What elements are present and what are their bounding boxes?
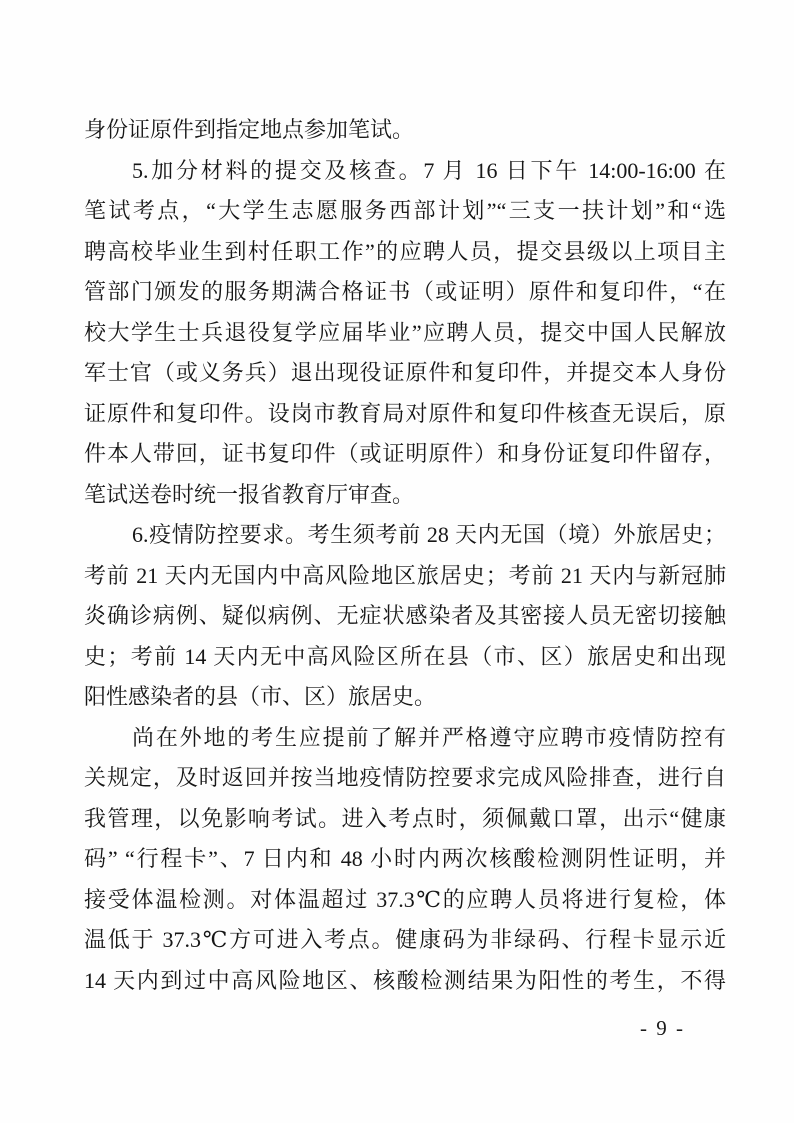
document-body: 身份证原件到指定地点参加笔试。5.加分材料的提交及核查。7 月 16 日下午 1…: [84, 110, 726, 1001]
text-line: 码” “行程卡”、7 日内和 48 小时内两次核酸检测阴性证明，并: [84, 839, 726, 880]
text-line: 史；考前 14 天内无中高风险区所在县（市、区）旅居史和出现: [84, 637, 726, 678]
text-line: 我管理，以免影响考试。进入考点时，须佩戴口罩，出示“健康: [84, 799, 726, 840]
text-line: 身份证原件到指定地点参加笔试。: [84, 110, 726, 151]
text-line: 校大学生士兵退役复学应届毕业”应聘人员，提交中国人民解放: [84, 313, 726, 354]
text-line: 考前 21 天内无国内中高风险地区旅居史；考前 21 天内与新冠肺: [84, 556, 726, 597]
text-line: 证原件和复印件。设岗市教育局对原件和复印件核查无误后，原: [84, 394, 726, 435]
text-line: 温低于 37.3℃方可进入考点。健康码为非绿码、行程卡显示近: [84, 920, 726, 961]
text-line: 阳性感染者的县（市、区）旅居史。: [84, 677, 726, 718]
text-line: 关规定，及时返回并按当地疫情防控要求完成风险排查，进行自: [84, 758, 726, 799]
text-line: 军士官（或义务兵）退出现役证原件和复印件，并提交本人身份: [84, 353, 726, 394]
text-line: 件本人带回，证书复印件（或证明原件）和身份证复印件留存，: [84, 434, 726, 475]
text-line: 6.疫情防控要求。考生须考前 28 天内无国（境）外旅居史；: [84, 515, 726, 556]
text-line: 笔试送卷时统一报省教育厅审查。: [84, 475, 726, 516]
text-line: 聘高校毕业生到村任职工作”的应聘人员，提交县级以上项目主: [84, 232, 726, 273]
text-line: 14 天内到过中高风险地区、核酸检测结果为阳性的考生，不得: [84, 961, 726, 1002]
page-number: - 9 -: [640, 1016, 685, 1041]
text-line: 笔试考点，“大学生志愿服务西部计划”“三支一扶计划”和“选: [84, 191, 726, 232]
text-line: 炎确诊病例、疑似病例、无症状感染者及其密接人员无密切接触: [84, 596, 726, 637]
text-line: 接受体温检测。对体温超过 37.3℃的应聘人员将进行复检，体: [84, 880, 726, 921]
text-line: 尚在外地的考生应提前了解并严格遵守应聘市疫情防控有: [84, 718, 726, 759]
document-page: 身份证原件到指定地点参加笔试。5.加分材料的提交及核查。7 月 16 日下午 1…: [0, 0, 794, 1123]
text-line: 5.加分材料的提交及核查。7 月 16 日下午 14:00-16:00 在: [84, 151, 726, 192]
text-line: 管部门颁发的服务期满合格证书（或证明）原件和复印件，“在: [84, 272, 726, 313]
